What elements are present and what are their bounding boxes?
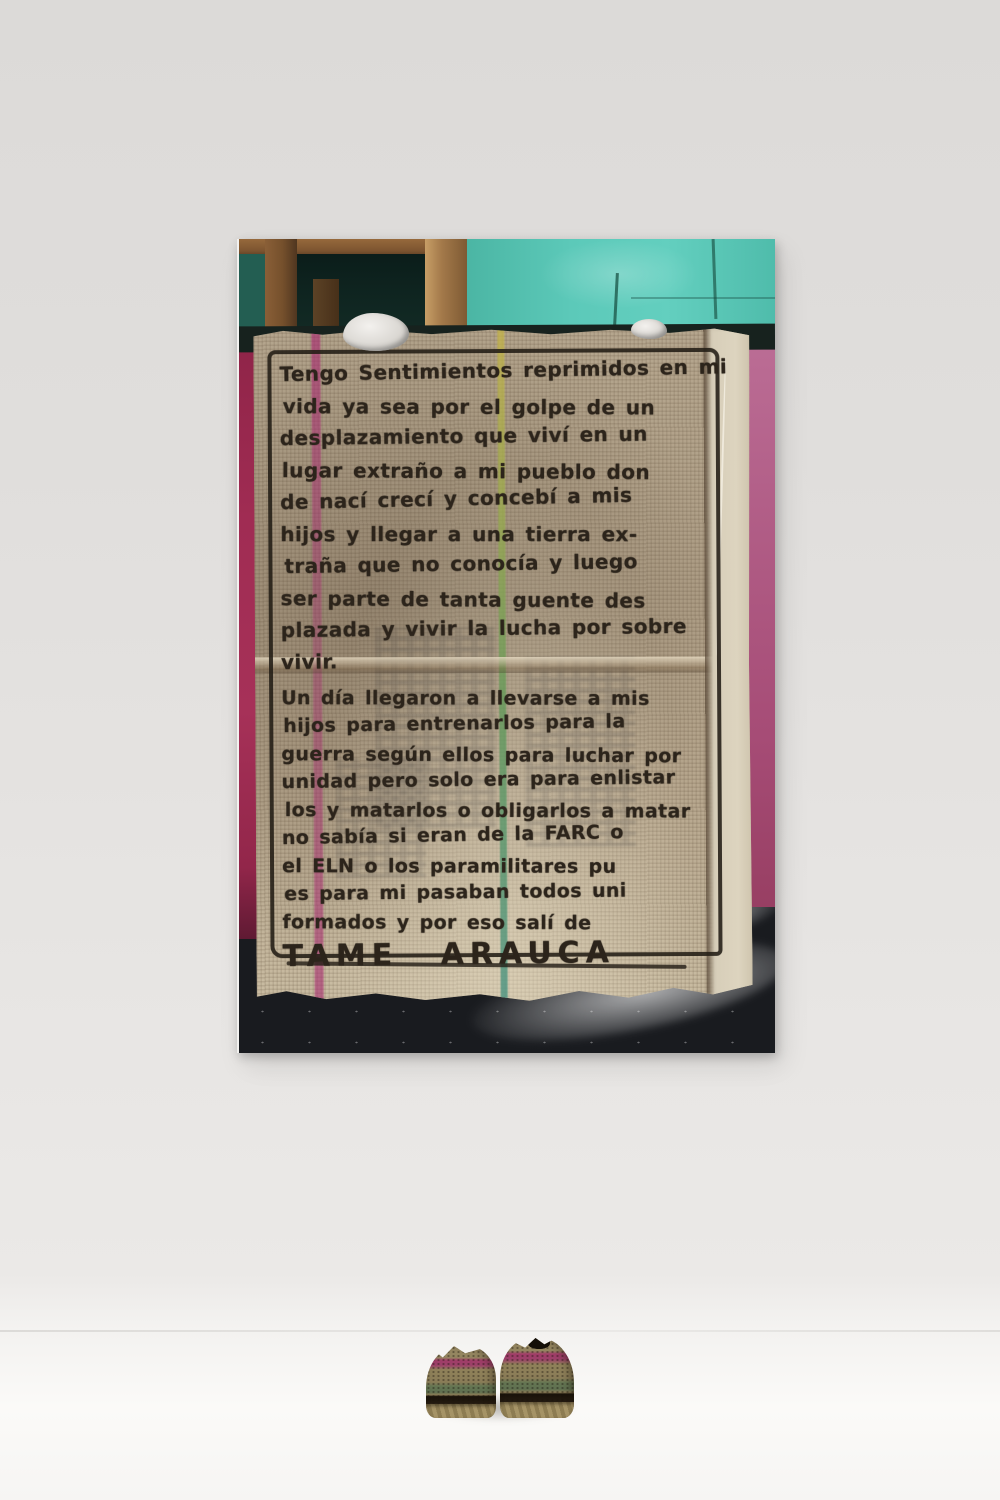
white-stone [343, 313, 409, 351]
right-sandal [500, 1338, 574, 1418]
wall-panel-seam [631, 297, 775, 299]
handwritten-line-tame-arauca: TAME ARAUCA [282, 933, 714, 976]
handwritten-line: Tengo Sentimientos reprimidos en mi [279, 351, 711, 391]
heel-opening [528, 1338, 550, 1349]
handwritten-line: traña que no conocía y luego [284, 544, 712, 582]
handwritten-testimony: Tengo Sentimientos reprimidos en mi vida… [279, 356, 714, 976]
handwritten-line: unidad pero solo era para enlistar [281, 763, 713, 796]
handwritten-line: desplazamiento que viví en un [280, 417, 712, 454]
wall-crack [712, 239, 718, 319]
white-stone [631, 319, 667, 339]
photographic-print: Tengo Sentimientos reprimidos en mi vida… [237, 239, 775, 1053]
photo-content: Tengo Sentimientos reprimidos en mi vida… [239, 239, 775, 1053]
handwritten-line: vivir. [281, 639, 713, 678]
handwritten-line: hijos para entrenarlos para la [283, 706, 713, 740]
handwritten-line: es para mi pasaban todos uni [284, 876, 714, 909]
burlap-sack: Tengo Sentimientos reprimidos en mi vida… [253, 326, 753, 1007]
woven-sandals [424, 1336, 576, 1426]
braided-sole [500, 1402, 574, 1418]
left-sandal [426, 1346, 496, 1418]
gallery-wall: Tengo Sentimientos reprimidos en mi vida… [0, 0, 1000, 1500]
braided-sole [426, 1404, 496, 1418]
